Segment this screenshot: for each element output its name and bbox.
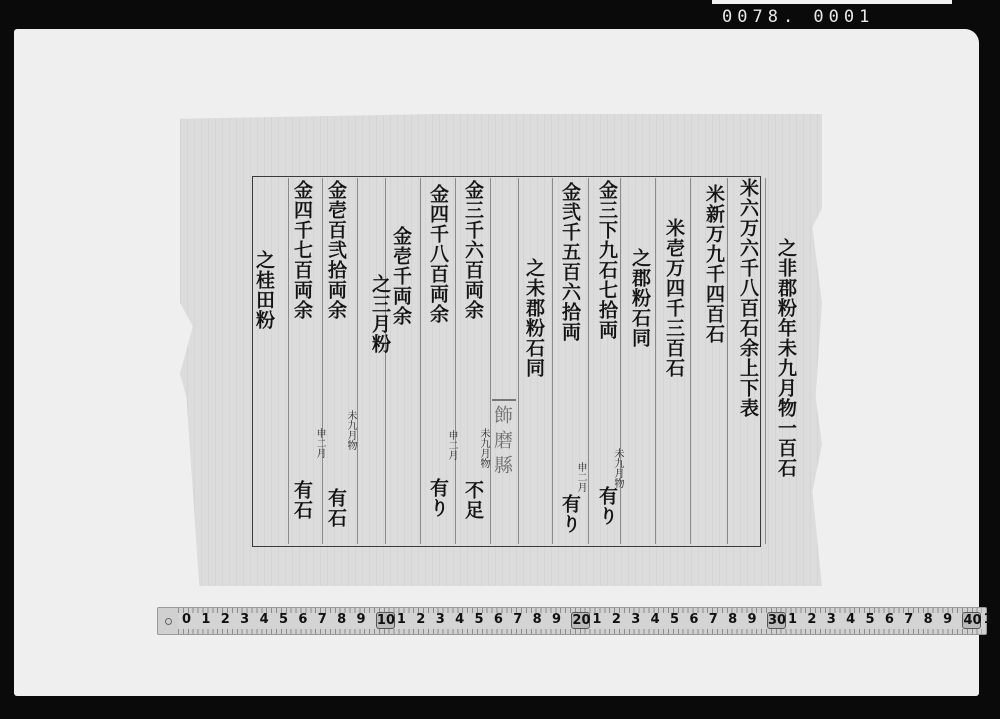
annotation-note: 申二月 (573, 462, 588, 492)
annotation-note: 未九月物 (610, 448, 625, 488)
ruler-label: 8 (728, 612, 747, 629)
text-column: 金壱千両余 (391, 226, 410, 326)
text-column: 米壱万四千三百石 (664, 218, 683, 378)
ruler-label: 4 (651, 612, 670, 629)
column-rule (620, 178, 621, 544)
amount-text: 有り (428, 478, 447, 518)
text-column: 金四千七百両余 (292, 180, 311, 320)
ruler-hole-icon (165, 618, 172, 625)
ruler-label: 6 (689, 612, 708, 629)
ruler-label: 4 (846, 612, 865, 629)
column-rule (690, 178, 691, 544)
annotation-note: 申二月 (312, 428, 327, 458)
column-rule (765, 178, 766, 544)
ruler-label: 1 (397, 612, 416, 629)
text-column: 之郡粉石同 (630, 248, 649, 348)
measuring-ruler: 0123456789101234567892012345678930123456… (157, 607, 987, 635)
annotation-note: 申二月 (444, 430, 459, 460)
amount-text: 有り (597, 486, 616, 526)
column-rule (655, 178, 656, 544)
ruler-label: 40 (962, 612, 981, 629)
ruler-label: 2 (612, 612, 631, 629)
column-rule (322, 178, 323, 544)
ruler-labels: 0123456789101234567892012345678930123456… (182, 612, 1000, 629)
ruler-label: 1 (592, 612, 611, 629)
ruler-label: 5 (866, 612, 885, 629)
column-rule (490, 178, 491, 544)
column-rule (357, 178, 358, 544)
ruler-label: 1 (201, 612, 220, 629)
column-rule (518, 178, 519, 544)
ruler-label: 4 (455, 612, 474, 629)
frame-number: 0078. 0001 (722, 7, 874, 27)
ruler-label: 2 (807, 612, 826, 629)
text-column: 米新万九千四百石 (704, 184, 723, 344)
column-rule (288, 178, 289, 544)
ruler-label: 7 (513, 612, 532, 629)
column-rule (385, 178, 386, 544)
film-edge-bar (712, 0, 952, 4)
column-rule (588, 178, 589, 544)
ruler-label: 2 (221, 612, 240, 629)
ruler-label: 8 (533, 612, 552, 629)
amount-text: 不足 (463, 480, 482, 520)
ruler-label: 1 (788, 612, 807, 629)
text-column: 金壱百弐拾両余 (326, 180, 345, 320)
ruler-label: 20 (571, 612, 590, 629)
text-column: 之三月粉 (370, 274, 389, 354)
text-column: 之未郡粉石同 (524, 258, 543, 378)
ruler-label: 9 (357, 612, 376, 629)
ruler-label: 7 (709, 612, 728, 629)
ruler-label: 4 (260, 612, 279, 629)
text-column: 米六万六千八百石余上下表 (738, 178, 757, 418)
ruler-label: 2 (416, 612, 435, 629)
annotation-note: 未九月物 (343, 410, 358, 450)
text-column: 之桂田粉 (254, 250, 273, 330)
ruler-label: 1 (983, 612, 1000, 629)
ruler-label: 8 (924, 612, 943, 629)
ruler-label: 8 (337, 612, 356, 629)
ruler-label: 5 (279, 612, 298, 629)
amount-text: 有石 (326, 488, 345, 528)
seal-stamp: 飾磨縣 (492, 399, 516, 480)
ruler-label: 9 (748, 612, 767, 629)
text-column: 金三下九石七拾両 (597, 180, 616, 340)
column-rule (420, 178, 421, 544)
ruler-label: 6 (885, 612, 904, 629)
ruler-label: 6 (494, 612, 513, 629)
ruler-label: 7 (904, 612, 923, 629)
column-rule (455, 178, 456, 544)
ruler-label: 7 (318, 612, 337, 629)
ruler-label: 10 (376, 612, 395, 629)
amount-text: 有石 (292, 480, 311, 520)
ruler-label: 30 (767, 612, 786, 629)
ruler-label: 5 (670, 612, 689, 629)
ruler-label: 3 (631, 612, 650, 629)
ruler-label: 3 (436, 612, 455, 629)
column-rule (727, 178, 728, 544)
ruler-label: 9 (943, 612, 962, 629)
ruler-label: 3 (240, 612, 259, 629)
ruler-label: 9 (552, 612, 571, 629)
text-column: 金四千八百両余 (428, 184, 447, 324)
text-column: 之非郡粉年未九月物一百石 (776, 238, 795, 478)
text-column: 金弐千五百六拾両 (560, 182, 579, 342)
ruler-label: 3 (827, 612, 846, 629)
ruler-label: 6 (298, 612, 317, 629)
ruler-label: 5 (474, 612, 493, 629)
ruler-label: 0 (182, 612, 201, 629)
text-column: 金三千六百両余 (463, 180, 482, 320)
amount-text: 有り (560, 494, 579, 534)
column-rule (552, 178, 553, 544)
